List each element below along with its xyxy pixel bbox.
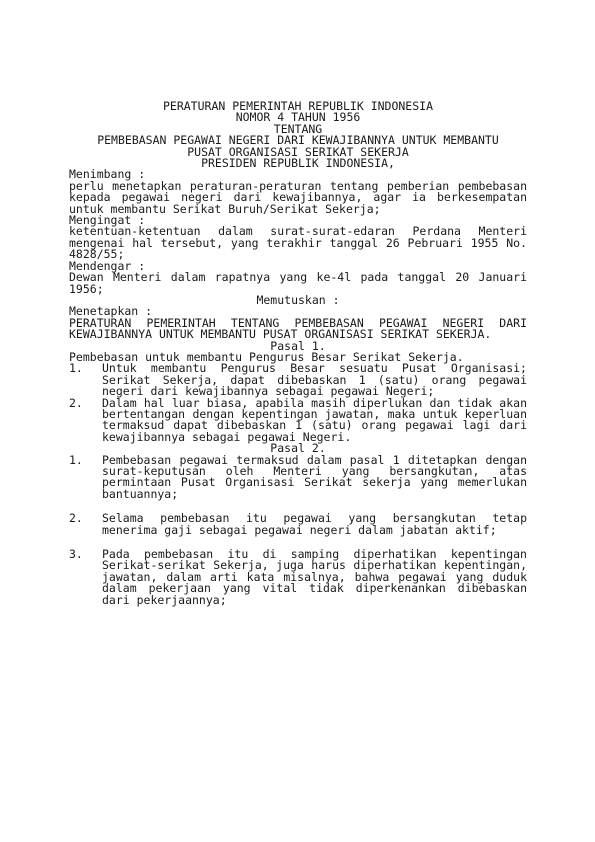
preamble-menimbang-body: perlu menetapkan peraturan-peraturan ten…: [69, 181, 527, 215]
list-item-text: Untuk membantu Pengurus Besar sesuatu Pu…: [102, 363, 527, 397]
document-content: PERATURAN PEMERINTAH REPUBLIK INDONESIA …: [69, 101, 527, 606]
article-1-body: Pembebasan untuk membantu Pengurus Besar…: [69, 352, 527, 443]
list-item-number: 1.: [69, 363, 102, 397]
preamble-mendengar-body: Dewan Menteri dalam rapatnya yang ke-4l …: [69, 272, 527, 295]
preamble-mengingat-body: ketentuan-ketentuan dalam surat-surat-ed…: [69, 226, 527, 260]
preamble-mendengar: Mendengar : Dewan Menteri dalam rapatnya…: [69, 261, 527, 295]
article-2-body: 1. Pembebasan pegawai termaksud dalam pa…: [69, 455, 527, 606]
preamble-mengingat: Mengingat : ketentuan-ketentuan dalam su…: [69, 215, 527, 261]
list-item-number: 2.: [69, 398, 102, 444]
article-1-item-1: 1. Untuk membantu Pengurus Besar sesuatu…: [69, 363, 527, 397]
list-item-number: 3.: [69, 549, 102, 606]
list-item-text: Pada pembebasan itu di samping diperhati…: [102, 549, 527, 606]
article-2-item-1: 1. Pembebasan pegawai termaksud dalam pa…: [69, 455, 527, 501]
preamble-menimbang: Menimbang : perlu menetapkan peraturan-p…: [69, 169, 527, 215]
document-title-block: PERATURAN PEMERINTAH REPUBLIK INDONESIA …: [69, 101, 527, 158]
article-2-item-2: 2. Selama pembebasan itu pegawai yang be…: [69, 513, 527, 536]
list-item-text: Selama pembebasan itu pegawai yang bersa…: [102, 513, 527, 536]
article-2-item-3: 3. Pada pembebasan itu di samping diperh…: [69, 549, 527, 606]
enactment-body: PERATURAN PEMERINTAH TENTANG PEMBEBASAN …: [69, 318, 527, 341]
list-item-text: Pembebasan pegawai termaksud dalam pasal…: [102, 455, 527, 501]
document-page: PERATURAN PEMERINTAH REPUBLIK INDONESIA …: [0, 0, 595, 842]
list-item-number: 2.: [69, 513, 102, 536]
article-1-item-2: 2. Dalam hal luar biasa, apabila masih d…: [69, 398, 527, 444]
list-item-text: Dalam hal luar biasa, apabila masih dipe…: [102, 398, 527, 444]
enactment-block: Menetapkan : PERATURAN PEMERINTAH TENTAN…: [69, 306, 527, 340]
list-item-number: 1.: [69, 455, 102, 501]
